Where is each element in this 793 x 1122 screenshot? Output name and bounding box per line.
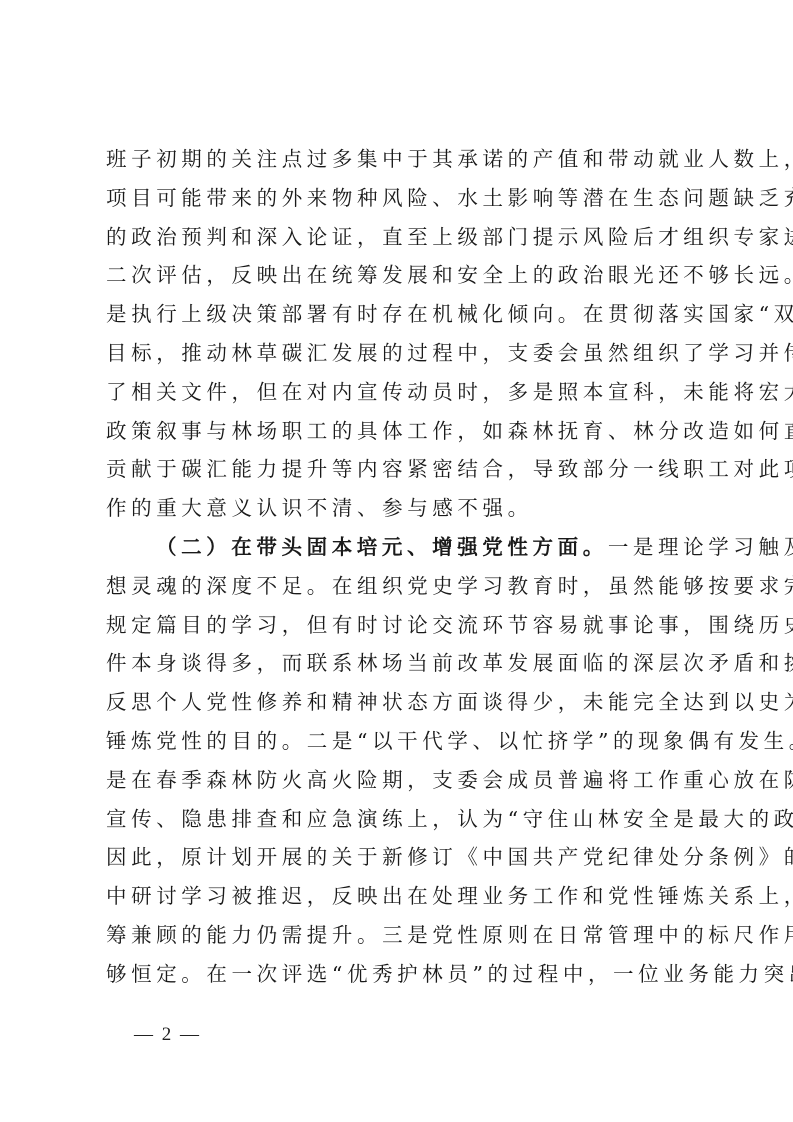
text-line: 政策叙事与林场职工的具体工作，如森林抚育、林分改造如何直接 bbox=[106, 412, 694, 451]
text-line: 是在春季森林防火高火险期，支委会成员普遍将工作重心放在防火 bbox=[106, 761, 694, 800]
document-page: 班子初期的关注点过多集中于其承诺的产值和带动就业人数上，对 项目可能带来的外来物… bbox=[0, 0, 793, 1122]
section-2-first-line: （二）在带头固本培元、增强党性方面。一是理论学习触及思 bbox=[106, 528, 694, 567]
text-line: 筹兼顾的能力仍需提升。三是党性原则在日常管理中的标尺作用不 bbox=[106, 916, 694, 955]
text-line: 规定篇目的学习，但有时讨论交流环节容易就事论事，围绕历史事 bbox=[106, 606, 694, 645]
text-line: 是执行上级决策部署有时存在机械化倾向。在贯彻落实国家“双碳” bbox=[106, 295, 694, 334]
text-line: 反思个人党性修养和精神状态方面谈得少，未能完全达到以史为镜、 bbox=[106, 683, 694, 722]
text-line: 锤炼党性的目的。二是“以干代学、以忙挤学”的现象偶有发生。尤其 bbox=[106, 722, 694, 761]
text-line: 二次评估，反映出在统筹发展和安全上的政治眼光还不够长远。三 bbox=[106, 256, 694, 295]
text-line: 班子初期的关注点过多集中于其承诺的产值和带动就业人数上，对 bbox=[106, 140, 694, 179]
text-line: 件本身谈得多，而联系林场当前改革发展面临的深层次矛盾和挑战、 bbox=[106, 644, 694, 683]
text-span: 一是理论学习触及思 bbox=[608, 535, 793, 559]
text-line: 作的重大意义认识不清、参与感不强。 bbox=[106, 489, 694, 528]
text-line: 中研讨学习被推迟，反映出在处理业务工作和党性锤炼关系上，统 bbox=[106, 877, 694, 916]
page-number: — 2 — bbox=[134, 1024, 201, 1046]
text-line: 想灵魂的深度不足。在组织党史学习教育时，虽然能够按要求完成 bbox=[106, 567, 694, 606]
text-line: 够恒定。在一次评选“优秀护林员”的过程中，一位业务能力突出但群 bbox=[106, 955, 694, 994]
text-line: 宣传、隐患排查和应急演练上，认为“守住山林安全是最大的政治”。 bbox=[106, 800, 694, 839]
section-2-heading: （二）在带头固本培元、增强党性方面。 bbox=[156, 535, 608, 559]
text-line: 项目可能带来的外来物种风险、水土影响等潜在生态问题缺乏充分 bbox=[106, 179, 694, 218]
text-line: 目标，推动林草碳汇发展的过程中，支委会虽然组织了学习并传达 bbox=[106, 334, 694, 373]
document-body: 班子初期的关注点过多集中于其承诺的产值和带动就业人数上，对 项目可能带来的外来物… bbox=[106, 140, 694, 994]
text-line: 了相关文件，但在对内宣传动员时，多是照本宣科，未能将宏大的 bbox=[106, 373, 694, 412]
text-line: 的政治预判和深入论证，直至上级部门提示风险后才组织专家进行 bbox=[106, 218, 694, 257]
text-line: 因此，原计划开展的关于新修订《中国共产党纪律处分条例》的集 bbox=[106, 838, 694, 877]
text-line: 贡献于碳汇能力提升等内容紧密结合，导致部分一线职工对此项工 bbox=[106, 450, 694, 489]
